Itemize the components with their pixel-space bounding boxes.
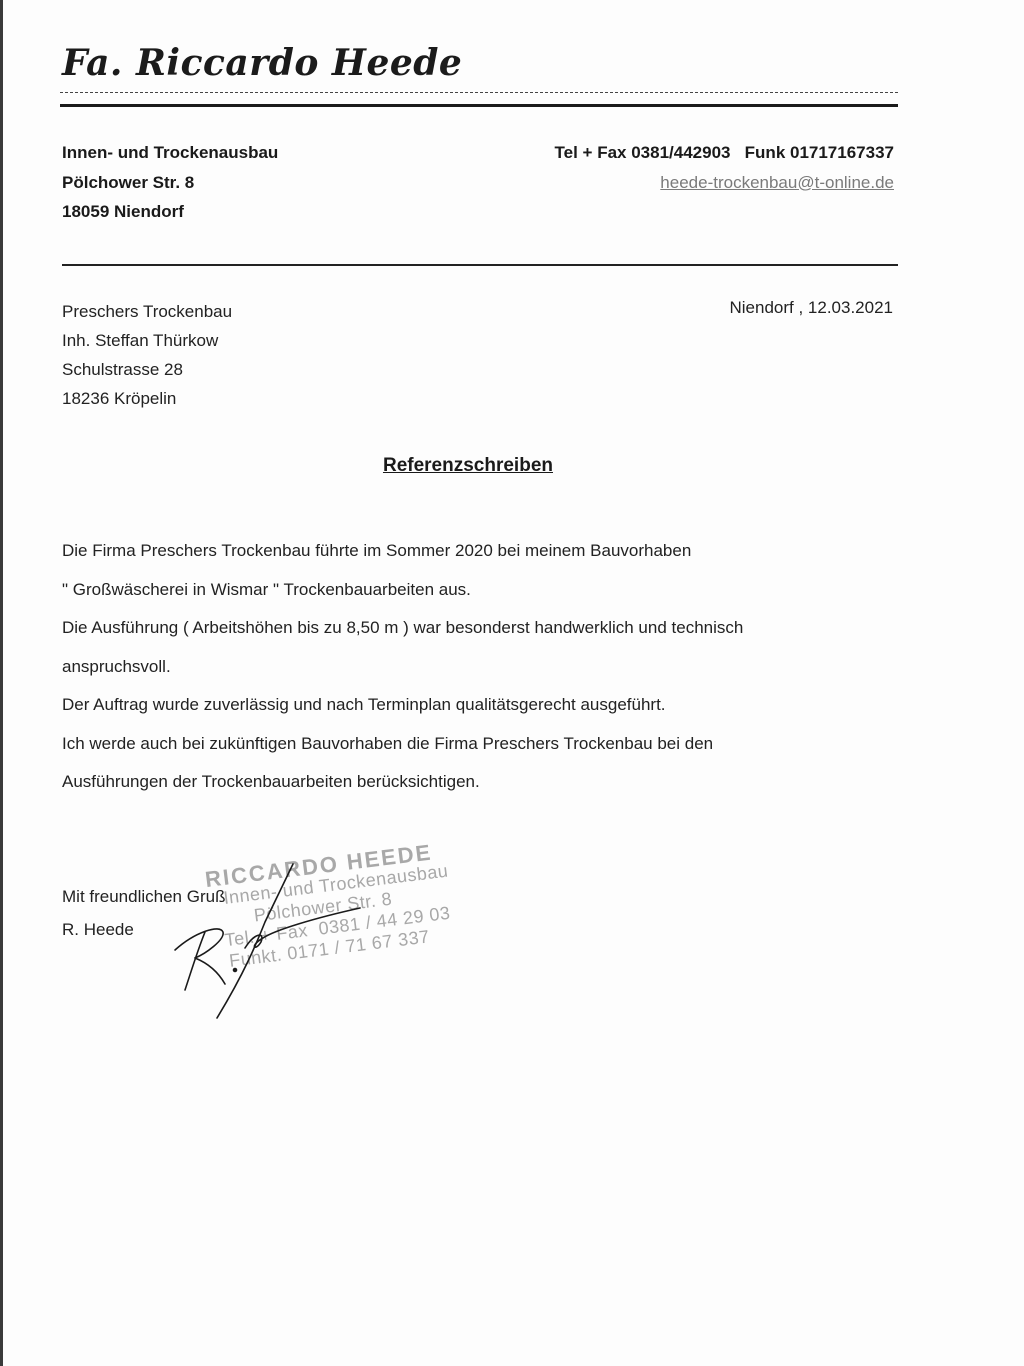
recipient-line: Inh. Steffan Thürkow: [62, 326, 232, 355]
recipient-line: Schulstrasse 28: [62, 355, 232, 384]
header-solid-rule: [60, 104, 898, 107]
sender-line: 18059 Niendorf: [62, 197, 278, 227]
sender-address: Innen- und Trockenausbau Pölchower Str. …: [62, 138, 278, 227]
header-dashed-rule: [60, 92, 898, 93]
recipient-line: Preschers Trockenbau: [62, 297, 232, 326]
recipient-line: 18236 Kröpelin: [62, 384, 232, 413]
page-edge: [0, 0, 3, 1366]
body-line: Ich werde auch bei zukünftigen Bauvorhab…: [62, 725, 743, 764]
body-line: Ausführungen der Trockenbauarbeiten berü…: [62, 763, 743, 802]
body-line: " Großwäscherei in Wismar " Trockenbauar…: [62, 571, 743, 610]
body-line: anspruchsvoll.: [62, 648, 743, 687]
email-link[interactable]: heede-trockenbau@t-online.de: [555, 168, 894, 198]
sender-line: Pölchower Str. 8: [62, 168, 278, 198]
place-date: Niendorf , 12.03.2021: [729, 297, 893, 319]
body-line: Der Auftrag wurde zuverlässig und nach T…: [62, 686, 743, 725]
letter-body: Die Firma Preschers Trockenbau führte im…: [62, 532, 743, 802]
body-line: Die Firma Preschers Trockenbau führte im…: [62, 532, 743, 571]
handwritten-signature: [165, 862, 465, 1022]
header-divider: [62, 264, 898, 266]
letter-subject: Referenzschreiben: [0, 455, 936, 477]
phone-line: Tel + Fax 0381/442903 Funk 01717167337: [555, 138, 894, 168]
sender-contact: Tel + Fax 0381/442903 Funk 01717167337 h…: [555, 138, 894, 197]
body-line: Die Ausführung ( Arbeitshöhen bis zu 8,5…: [62, 609, 743, 648]
recipient-address: Preschers Trockenbau Inh. Steffan Thürko…: [62, 297, 232, 413]
sender-line: Innen- und Trockenausbau: [62, 138, 278, 168]
company-logo: Fa. Riccardo Heede: [62, 42, 462, 84]
